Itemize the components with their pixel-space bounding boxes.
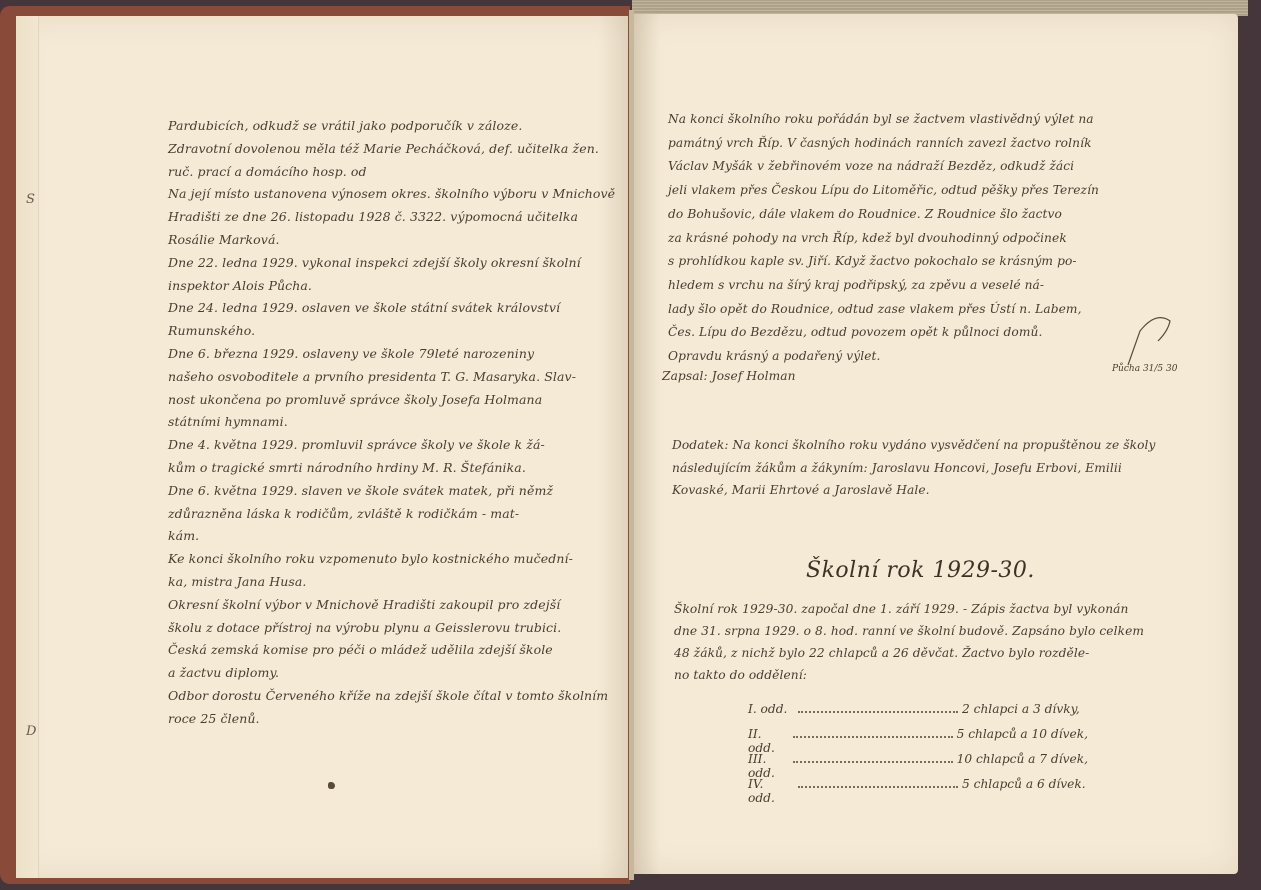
ink-blot [328,782,335,789]
class-divisions-list: I. odd. 2 chlapci a 3 dívky, II. odd. 5 … [748,702,1088,802]
division-count: 5 chlapců a 10 dívek, [957,727,1088,741]
inspector-signature: Půcha 31/5 30 [1112,364,1177,374]
school-year-heading: Školní rok 1929-30. [806,558,1035,583]
text-line: jeli vlakem přes Českou Lípu do Litoměři… [668,179,1128,203]
dot-leader [798,711,958,713]
division-row: II. odd. 5 chlapců a 10 dívek, [748,727,1088,752]
dot-leader [798,786,958,788]
inspector-date: 31/5 30 [1143,364,1178,374]
text-line: no takto do oddělení: [674,664,1134,686]
margin-mark: D [26,724,36,739]
text-line: památný vrch Říp. V časných hodinách ran… [668,132,1128,156]
text-line: Dodatek: Na konci školního roku vydáno v… [672,434,1132,457]
margin-mark: S [26,192,35,207]
text-line: školu z dotace přístroj na výrobu plynu … [168,617,598,640]
text-line: Dne 6. března 1929. oslaveny ve škole 79… [168,343,598,366]
left-gutter-shadow [598,16,630,878]
dot-leader [793,736,953,738]
text-line: za krásné pohody na vrch Říp, kdež byl d… [668,227,1128,251]
text-line: ka, mistra Jana Husa. [168,571,598,594]
text-line: Odbor dorostu Červeného kříže na zdejší … [168,685,598,708]
left-page-underlying-leaf [16,16,39,878]
trip-paragraph: Na konci školního roku pořádán byl se ža… [668,108,1128,369]
inspector-signature-stroke [1118,313,1178,368]
text-line: Školní rok 1929-30. započal dne 1. září … [674,598,1134,620]
text-line: kám. [168,525,598,548]
division-row: I. odd. 2 chlapci a 3 dívky, [748,702,1088,727]
text-line: zdůrazněna láska k rodičům, zvláště k ro… [168,503,598,526]
text-line: Dne 22. ledna 1929. vykonal inspekci zde… [168,252,598,275]
text-line: kům o tragické smrti národního hrdiny M.… [168,457,598,480]
text-line: Na konci školního roku pořádán byl se ža… [668,108,1128,132]
text-line: lady šlo opět do Roudnice, odtud zase vl… [668,298,1128,322]
text-line: ruč. prací a domácího hosp. od [168,161,598,184]
addendum-paragraph: Dodatek: Na konci školního roku vydáno v… [672,434,1132,502]
text-line: Hradišti ze dne 26. listopadu 1928 č. 33… [168,206,598,229]
text-line: hledem s vrchu na šírý kraj podřipský, z… [668,274,1128,298]
text-line: Ke konci školního roku vzpomenuto bylo k… [168,548,598,571]
text-line: státními hymnami. [168,411,598,434]
text-line: Čes. Lípu do Bezdězu, odtud povozem opět… [668,321,1128,345]
text-line: s prohlídkou kaple sv. Jiří. Když žactvo… [668,250,1128,274]
division-row: IV. odd. 5 chlapců a 6 dívek. [748,777,1088,802]
text-line: nost ukončena po promluvě správce školy … [168,389,598,412]
text-line: následujícím žákům a žákyním: Jaroslavu … [672,457,1132,480]
text-line: Zdravotní dovolenou měla též Marie Pechá… [168,138,598,161]
dot-leader [793,761,953,763]
text-line: 48 žáků, z nichž bylo 22 chlapců a 26 dě… [674,642,1134,664]
text-line: Česká zemská komise pro péči o mládež ud… [168,639,598,662]
text-line: roce 25 členů. [168,708,598,731]
text-line: Kovaské, Marii Ehrtové a Jaroslavě Hale. [672,479,1132,502]
text-line: Na její místo ustanovena výnosem okres. … [168,183,598,206]
text-line: Dne 4. května 1929. promluvil správce šk… [168,434,598,457]
inspector-name: Půcha [1112,364,1140,374]
division-name: IV. odd. [748,777,792,805]
text-line: Rumunského. [168,320,598,343]
text-line: a žactvu diplomy. [168,662,598,685]
text-line: Okresní školní výbor v Mnichově Hradišti… [168,594,598,617]
division-row: III. odd. 10 chlapců a 7 dívek, [748,752,1088,777]
recorded-by: Zapsal: Josef Holman [662,365,796,387]
division-name: III. odd. [748,752,787,780]
text-line: do Bohušovic, dále vlakem do Roudnice. Z… [668,203,1128,227]
text-line: Pardubicích, odkudž se vrátil jako podpo… [168,115,598,138]
school-year-paragraph: Školní rok 1929-30. započal dne 1. září … [674,598,1134,686]
text-line: dne 31. srpna 1929. o 8. hod. ranní ve š… [674,620,1134,642]
right-gutter-shadow [634,14,660,874]
text-line: našeho osvoboditele a prvního presidenta… [168,366,598,389]
text-line: Dne 6. května 1929. slaven ve škole svát… [168,480,598,503]
signature-line: Zapsal: Josef Holman [662,365,796,387]
division-count: 5 chlapců a 6 dívek. [962,777,1086,791]
text-line: Václav Myšák v žebřinovém voze na nádraž… [668,155,1128,179]
text-line: Dne 24. ledna 1929. oslaven ve škole stá… [168,297,598,320]
division-count: 2 chlapci a 3 dívky, [962,702,1080,716]
division-name: II. odd. [748,727,787,755]
text-line: inspektor Alois Půcha. [168,275,598,298]
division-name: I. odd. [748,702,792,716]
text-line: Rosálie Marková. [168,229,598,252]
left-page-text: Pardubicích, odkudž se vrátil jako podpo… [168,115,598,731]
division-count: 10 chlapců a 7 dívek, [957,752,1088,766]
